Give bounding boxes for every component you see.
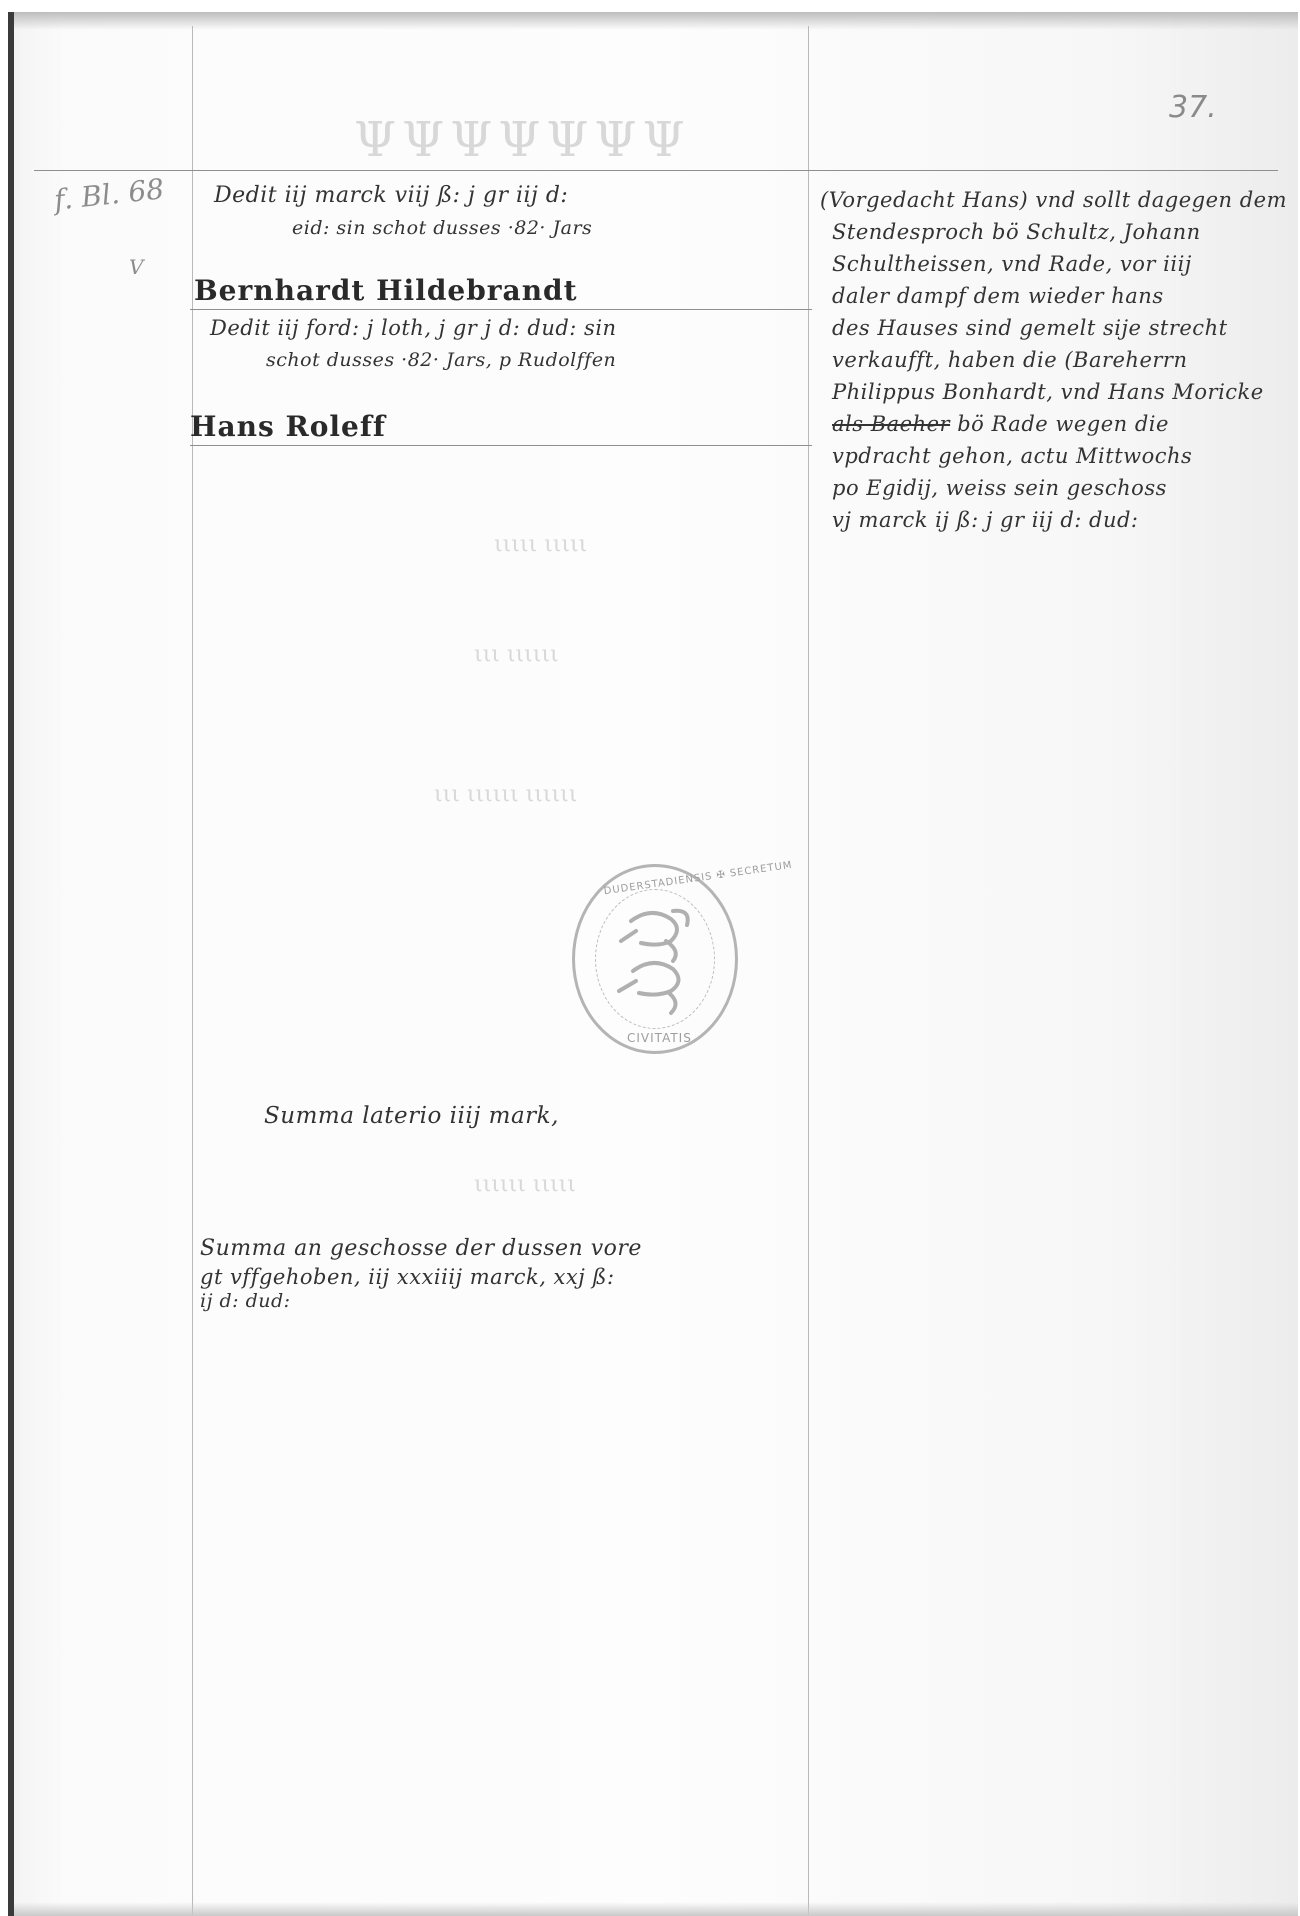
entry-line: schot dusses ·82· Jars, p Rudolffen (210, 344, 617, 376)
bleed-through-text: ιιι ιιιιιι (474, 642, 559, 667)
paragraph-line: daler dampf dem wieder hans (820, 280, 1290, 312)
entry-line: Dedit iij ford: j loth, j gr j d: dud: s… (210, 312, 617, 344)
paragraph-line: Stendesproch bö Schultz, Johann (820, 216, 1290, 248)
city-seal-stamp: DUDERSTADIENSIS ✠ SECRETUM CIVITATIS (572, 864, 738, 1054)
right-column-entry: (Vorgedacht Hans) vnd sollt dagegen dem … (820, 184, 1290, 536)
entry-3-name: Hans Roleff (190, 410, 386, 443)
paragraph-line: vj marck ij ß: j gr iij d: dud: (820, 504, 1290, 536)
paragraph-line: Schultheissen, vnd Rade, vor iiij (820, 248, 1290, 280)
margin-reference-note: f. Bl. 68 (53, 172, 166, 216)
name-underline (190, 309, 812, 310)
paragraph-line: vpdracht gehon, actu Mittwochs (820, 440, 1290, 472)
entry-1: Dedit iij marck viij ß: j gr iij d: eid:… (214, 180, 592, 244)
summary-line: Summa laterio iiij mark, (264, 1100, 559, 1132)
bleed-through-text: ιιι ιιιιιι ιιιιιι (434, 782, 577, 807)
manuscript-page: ΨΨΨΨΨΨΨ ιιιιι ιιιιι ιιι ιιιιιι ιιι ιιιιι… (8, 12, 1298, 1916)
summary-line: ij d: dud: (200, 1290, 642, 1312)
entry-line: Dedit iij marck viij ß: j gr iij d: (214, 180, 592, 212)
folio-number: 37. (1169, 90, 1217, 125)
summary-line: gt vffgehoben, iij xxxiiij marck, xxj ß: (200, 1264, 642, 1290)
lion-emblem-icon (611, 901, 701, 1021)
entry-2-name: Bernhardt Hildebrandt (194, 274, 578, 307)
paragraph-line: po Egidij, weiss sein geschoss (820, 472, 1290, 504)
seal-inscription-top: DUDERSTADIENSIS ✠ SECRETUM (603, 860, 793, 897)
paragraph-line: verkaufft, haben die (Bareherrn (820, 344, 1290, 376)
summary-geschoss: Summa an geschosse der dussen vore gt vf… (200, 1234, 642, 1312)
entry-2: Dedit iij ford: j loth, j gr j d: dud: s… (210, 312, 617, 376)
header-rule (34, 170, 1278, 171)
entry-line: eid: sin schot dusses ·82· Jars (214, 212, 592, 244)
bleed-through-text: ιιιιιι ιιιιι (474, 1172, 576, 1197)
summary-line: Summa an geschosse der dussen vore (200, 1234, 642, 1264)
paragraph-line: des Hauses sind gemelt sije strecht (820, 312, 1290, 344)
struck-text: als Baeher (832, 412, 950, 436)
bleed-through-text: ΨΨΨΨΨΨΨ (354, 112, 691, 168)
seal-inscription-bottom: CIVITATIS (627, 1031, 692, 1045)
paragraph-line-with-strikeout: als Baeher bö Rade wegen die (820, 408, 1290, 440)
name-underline (190, 445, 812, 446)
summary-laterio: Summa laterio iiij mark, (264, 1100, 559, 1132)
bleed-through-text: ιιιιι ιιιιι (494, 532, 587, 557)
paragraph-line: (Vorgedacht Hans) vnd sollt dagegen dem (820, 184, 1290, 216)
paragraph-line: Philippus Bonhardt, vnd Hans Moricke (820, 376, 1290, 408)
margin-tick-mark: V (129, 255, 143, 279)
